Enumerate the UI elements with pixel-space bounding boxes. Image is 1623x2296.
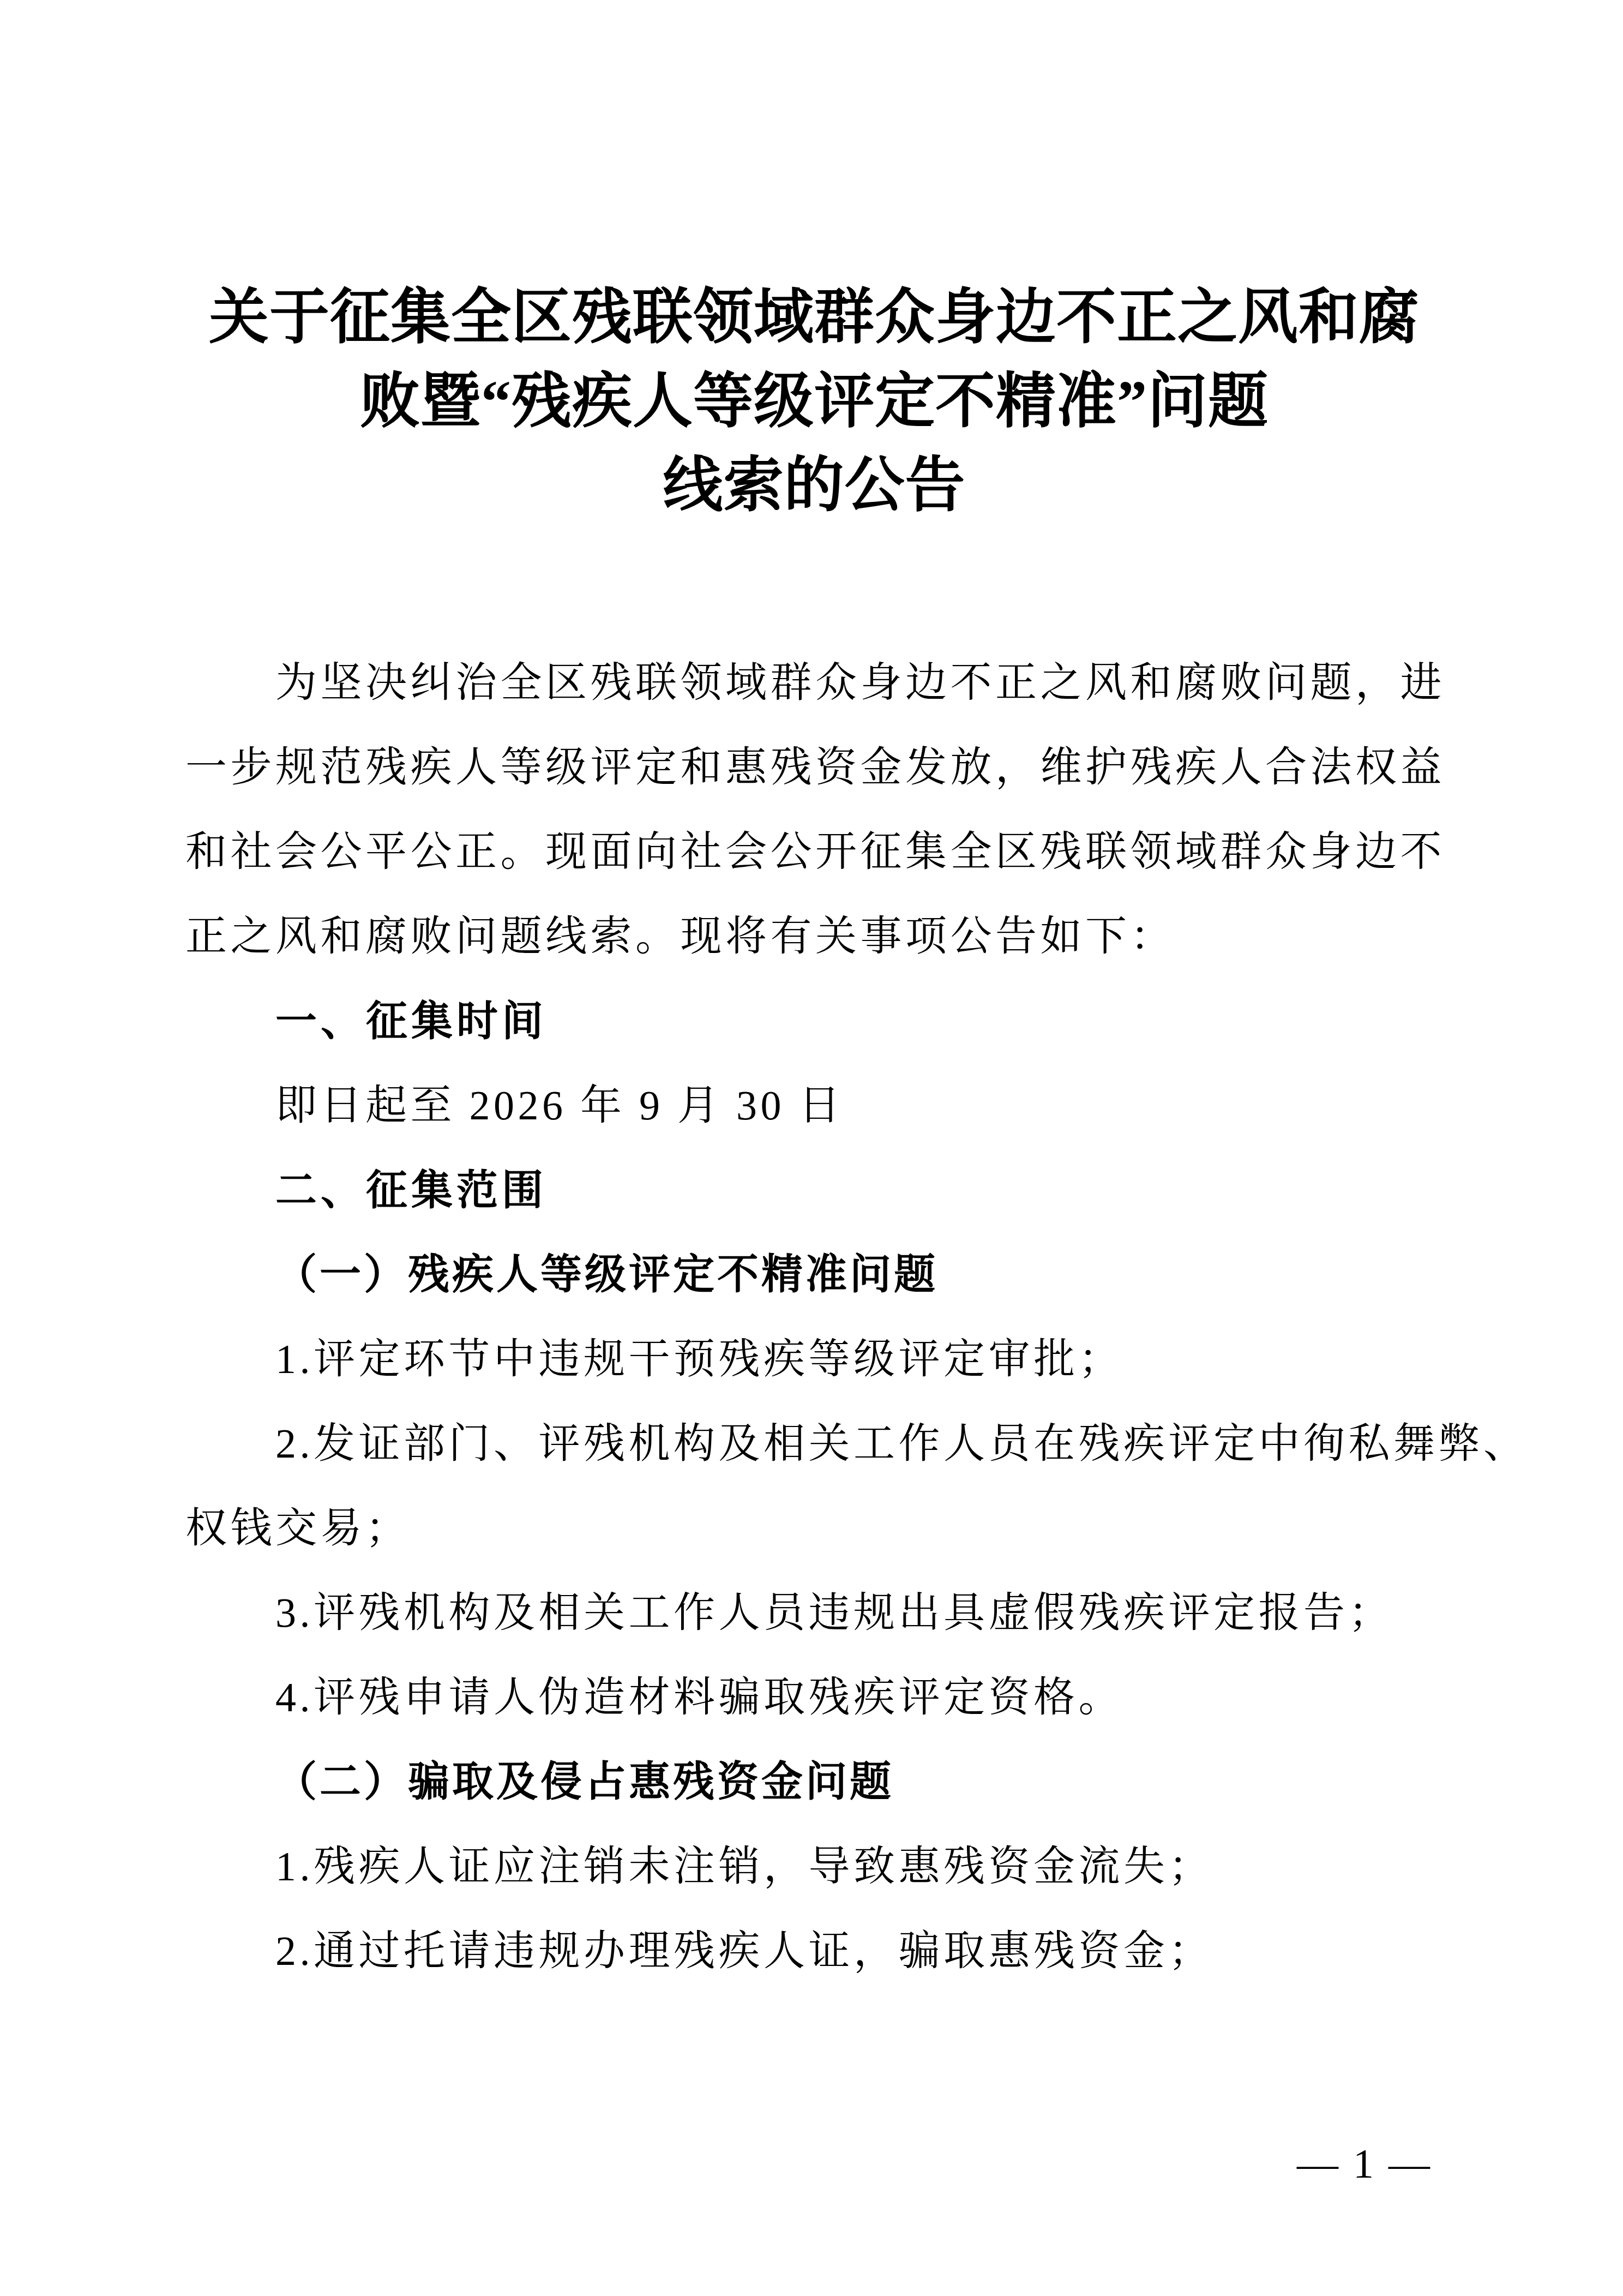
- collection-period-line: 即日起至 2026 年 9 月 30 日: [185, 1064, 1443, 1148]
- item-1-2-line-1: 2.发证部门、评残机构及相关工作人员在残疾评定中徇私舞弊、: [185, 1402, 1443, 1486]
- page-number: — 1 —: [1297, 2122, 1432, 2207]
- title-line-2: 败暨“残疾人等级评定不精准”问题: [185, 359, 1443, 443]
- item-2-1: 1.残疾人证应注销未注销，导致惠残资金流失；: [185, 1825, 1443, 1909]
- section-2-heading: 二、征集范围: [185, 1148, 1443, 1233]
- document-body: 为坚决纠治全区残联领域群众身边不正之风和腐败问题，进 一步规范残疾人等级评定和惠…: [185, 641, 1443, 1994]
- document-title: 关于征集全区残联领域群众身边不正之风和腐 败暨“残疾人等级评定不精准”问题 线索…: [185, 275, 1443, 527]
- section-1-heading: 一、征集时间: [185, 979, 1443, 1064]
- intro-line-1: 为坚决纠治全区残联领域群众身边不正之风和腐败问题，进: [185, 641, 1443, 726]
- title-line-3: 线索的公告: [185, 443, 1443, 527]
- item-1-1: 1.评定环节中违规干预残疾等级评定审批；: [185, 1317, 1443, 1402]
- title-line-1: 关于征集全区残联领域群众身边不正之风和腐: [185, 275, 1443, 359]
- intro-line-2: 一步规范残疾人等级评定和惠残资金发放，维护残疾人合法权益: [185, 726, 1443, 810]
- item-1-2-line-2: 权钱交易；: [185, 1486, 1443, 1571]
- item-1-4: 4.评残申请人伪造材料骗取残疾评定资格。: [185, 1656, 1443, 1740]
- document-page: 关于征集全区残联领域群众身边不正之风和腐 败暨“残疾人等级评定不精准”问题 线索…: [0, 0, 1623, 2296]
- subsection-2-heading: （二）骗取及侵占惠残资金问题: [185, 1740, 1443, 1825]
- intro-line-3: 和社会公平公正。现面向社会公开征集全区残联领域群众身边不: [185, 810, 1443, 895]
- item-1-3: 3.评残机构及相关工作人员违规出具虚假残疾评定报告；: [185, 1571, 1443, 1656]
- intro-line-4: 正之风和腐败问题线索。现将有关事项公告如下：: [185, 895, 1443, 979]
- item-2-2: 2.通过托请违规办理残疾人证，骗取惠残资金；: [185, 1909, 1443, 1994]
- subsection-1-heading: （一）残疾人等级评定不精准问题: [185, 1233, 1443, 1317]
